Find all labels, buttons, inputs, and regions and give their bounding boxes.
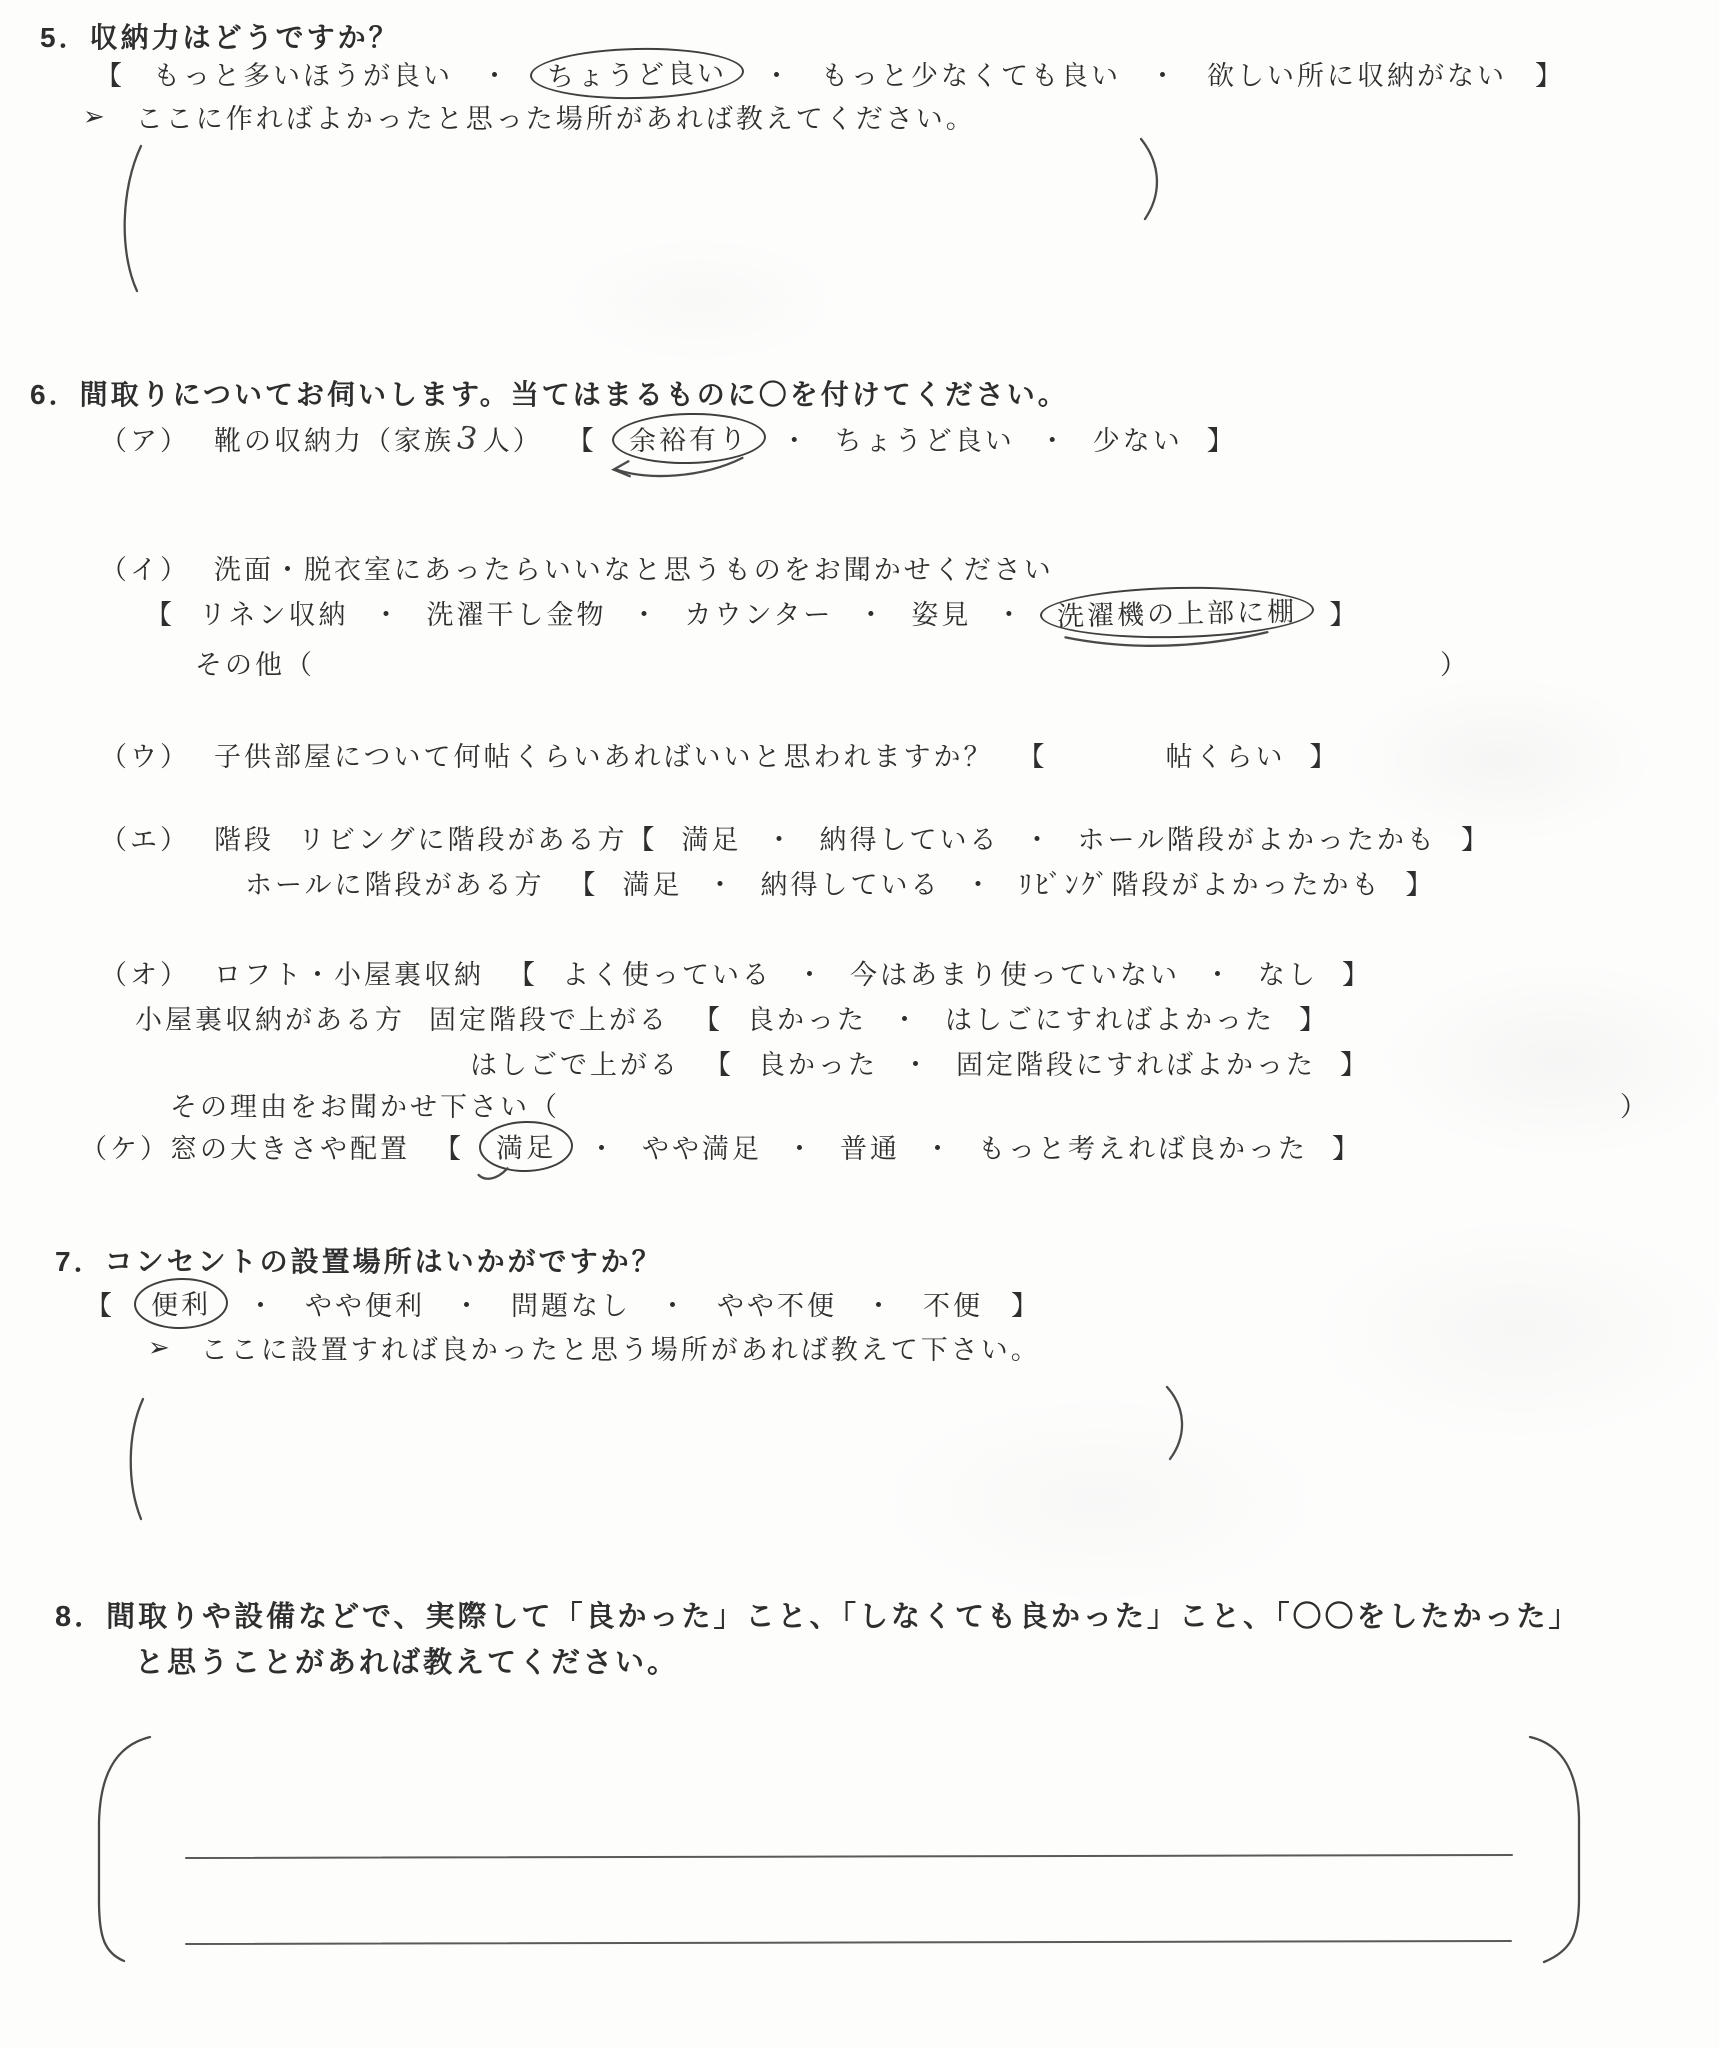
q6-o1-option-none[interactable]: なし	[1258, 953, 1318, 992]
dot-separator: ・	[796, 953, 826, 992]
q6-item-i-question-row: （イ） 洗面・脱衣室にあったらいいなと思うものをお聞かせください	[100, 548, 1054, 587]
q6-a-option-just-right[interactable]: ちょうど良い	[835, 419, 1015, 458]
q6-item-a-lead: 靴の収納力（家族 3 人）	[214, 419, 543, 458]
q6-item-e-row2: ホールに階段がある方 【 満足 ・ 納得している ・ ﾘﾋﾞﾝｸﾞ階段がよかった…	[245, 863, 1435, 902]
dot-separator: ・	[1023, 818, 1053, 857]
q6-a-option-few[interactable]: 少ない	[1093, 419, 1183, 458]
dot-separator: ・	[453, 1284, 483, 1323]
q6-i-option-hanger[interactable]: 洗濯干し金物	[426, 593, 606, 632]
q6-item-o-row3: はしごで上がる 【 良かった ・ 固定階段にすればよかった 】	[470, 1043, 1370, 1082]
q6-i-option-linen[interactable]: リネン収納	[199, 593, 348, 632]
dot-separator: ・	[995, 593, 1025, 632]
bracket-open: 【	[1017, 735, 1047, 774]
bracket-close: 】	[1342, 953, 1372, 992]
q6-title: 6．間取りについてお伺いします。当てはまるものに〇を付けてください。	[30, 373, 1069, 413]
q6-item-i-other: その他 （	[195, 643, 315, 682]
q7-options-row: 【 便利 ・ やや便利 ・ 問題なし ・ やや不便 ・ 不便 】	[85, 1283, 1041, 1324]
q6-ke-option-more-thought[interactable]: もっと考えれば良かった	[978, 1127, 1308, 1166]
q8-answer-box	[85, 1725, 1605, 1985]
q5-circled-option[interactable]: ちょうど良い	[529, 46, 744, 101]
q7-option-inconvenient[interactable]: 不便	[923, 1284, 983, 1323]
q6-u-unit: 帖くらい	[1165, 735, 1285, 774]
dot-separator: ・	[964, 863, 994, 902]
dot-separator: ・	[902, 1043, 932, 1082]
dot-separator: ・	[1149, 54, 1179, 93]
q6-i-circled-option[interactable]: 洗濯機の上部に棚	[1040, 584, 1315, 641]
bracket-open: 【	[568, 863, 598, 902]
q6-a-option-plenty: 余裕有り	[628, 417, 749, 459]
q6-i-option-shelf: 洗濯機の上部に棚	[1057, 589, 1298, 633]
q6-item-o-row2: 小屋裏収納がある方 固定階段で上がる 【 良かった ・ はしごにすればよかった …	[135, 998, 1329, 1037]
dot-separator: ・	[659, 1284, 689, 1323]
q6-ke-option-somewhat[interactable]: やや満足	[642, 1127, 762, 1166]
q6-item-o-reason-row: その理由をお聞かせ下さい （ ）	[170, 1085, 1650, 1124]
q6-o3-option-stairs-better[interactable]: 固定階段にすればよかった	[956, 1043, 1316, 1082]
q6-o-row3-method: はしごで上がる	[470, 1043, 680, 1082]
q6-i-other-label: その他	[195, 643, 285, 682]
q5-answer-area[interactable]	[100, 130, 1190, 300]
joh-count-blank[interactable]	[1071, 740, 1141, 770]
paren-open: （	[285, 643, 315, 682]
q7-answer-parens	[105, 1380, 1215, 1530]
q6-e2-option-satisfied[interactable]: 満足	[622, 863, 682, 902]
q5-options-row: 【 もっと多いほうが良い ・ ちょうど良い ・ もっと少なくても良い ・ 欲しい…	[95, 53, 1565, 94]
q6-ke-circled-option[interactable]: 満足	[478, 1120, 573, 1173]
bracket-close: 】	[1461, 818, 1491, 857]
q7-option-somewhat-inconvenient[interactable]: やや不便	[717, 1284, 837, 1323]
q7-title: 7．コンセントの設置場所はいかがですか？	[55, 1240, 663, 1280]
q6-ke-option-satisfied: 満足	[496, 1125, 557, 1165]
bracket-close: 】	[1299, 998, 1329, 1037]
q7-option-convenient: 便利	[151, 1282, 212, 1322]
bracket-close: 】	[1535, 54, 1565, 93]
bracket-close: 】	[1011, 1284, 1041, 1323]
q6-item-a-row: （ア） 靴の収納力（家族 3 人） 【 余裕有り ・ ちょうど良い ・ 少ない …	[100, 418, 1237, 459]
paren-close: ）	[1440, 643, 1470, 682]
bracket-open: 【	[693, 998, 723, 1037]
q6-item-e-label: （エ）	[100, 818, 190, 857]
q6-item-u-row: （ウ） 子供部屋について何帖くらいあればいいと思われますか？ 【 帖くらい 】	[100, 735, 1339, 774]
dot-separator: ・	[706, 863, 736, 902]
dot-separator: ・	[765, 818, 795, 857]
q5-option-just-right: ちょうど良い	[547, 51, 728, 94]
q8-answer-area[interactable]	[85, 1725, 1605, 1985]
q6-item-a-label: （ア）	[100, 419, 190, 458]
q6-item-o-topic: ロフト・小屋裏収納	[214, 953, 484, 992]
q6-item-o-label: （オ）	[100, 953, 190, 992]
bracket-close: 】	[1309, 735, 1339, 774]
bracket-open: 【	[704, 1043, 734, 1082]
q6-i-option-mirror[interactable]: 姿見	[911, 593, 971, 632]
bracket-open: 【	[145, 593, 175, 632]
q6-item-ke-row: （ケ） 窓の大きさや配置 【 満足 ・ やや満足 ・ 普通 ・ もっと考えれば良…	[80, 1126, 1362, 1167]
q6-e1-option-satisfied[interactable]: 満足	[681, 818, 741, 857]
q6-item-ke-lead: （ケ） 窓の大きさや配置	[80, 1127, 410, 1166]
dot-separator: ・	[786, 1127, 816, 1166]
q6-item-i-question: 洗面・脱衣室にあったらいいなと思うものをお聞かせください	[214, 548, 1054, 587]
dot-separator: ・	[1204, 953, 1234, 992]
q6-e1-option-hall-better[interactable]: ホール階段がよかったかも	[1077, 818, 1436, 857]
q6-e-row1-lead-group: リビングに階段がある方 【	[298, 818, 657, 857]
q6-o-reason-label: その理由をお聞かせ下さい	[170, 1085, 530, 1124]
q5-answer-parens	[100, 130, 1190, 300]
q6-o-row2-lead: 小屋裏収納がある方	[135, 998, 405, 1037]
family-count-handwritten: 3	[453, 419, 484, 458]
bracket-close: 】	[1405, 863, 1435, 902]
dot-separator: ・	[891, 998, 921, 1037]
q6-o2-option-good[interactable]: 良かった	[747, 998, 867, 1037]
q6-o3-option-good[interactable]: 良かった	[758, 1043, 878, 1082]
dot-separator: ・	[865, 1284, 895, 1323]
q6-e1-option-accepting[interactable]: 納得している	[819, 818, 999, 857]
dot-separator: ・	[924, 1127, 954, 1166]
q6-o2-option-ladder-better[interactable]: はしごにすればよかった	[945, 998, 1275, 1037]
q7-circled-option[interactable]: 便利	[133, 1277, 228, 1330]
paren-open: （	[530, 1085, 560, 1124]
arrow-icon: ➢	[148, 1332, 173, 1363]
bracket-open: 【	[567, 419, 597, 458]
q6-e-row1-lead: リビングに階段がある方	[298, 818, 627, 857]
q6-item-o-row1: （オ） ロフト・小屋裏収納 【 よく使っている ・ 今はあまり使っていない ・ …	[100, 953, 1372, 992]
q7-prompt: ここに設置すれば良かったと思う場所があれば教えて下さい。	[201, 1328, 1041, 1367]
bracket-open: 【	[508, 953, 538, 992]
q6-e2-option-accepting[interactable]: 納得している	[760, 863, 940, 902]
q6-item-e-topic: 階段	[214, 818, 274, 857]
dot-separator: ・	[1039, 419, 1069, 458]
bracket-open: 【	[627, 818, 657, 857]
q7-prompt-row: ➢ ここに設置すれば良かったと思う場所があれば教えて下さい。	[148, 1328, 1041, 1367]
q6-e2-option-living-better[interactable]: ﾘﾋﾞﾝｸﾞ階段がよかったかも	[1018, 863, 1381, 902]
questionnaire-page: 5．収納力はどうですか？ 【 もっと多いほうが良い ・ ちょうど良い ・ もっと…	[0, 0, 1719, 2048]
q6-ke-option-normal[interactable]: 普通	[840, 1127, 900, 1166]
q6-item-u-label: （ウ）	[100, 735, 190, 774]
q8-title-line2: と思うことがあれば教えてください。	[135, 1640, 679, 1681]
q6-i-option-counter[interactable]: カウンター	[684, 593, 833, 632]
arrow-icon: ➢	[83, 101, 108, 132]
q6-item-a-lead-text: 靴の収納力（家族	[214, 419, 454, 458]
dot-separator: ・	[481, 54, 511, 93]
q6-item-e-row1: （エ） 階段 リビングに階段がある方 【 満足 ・ 納得している ・ ホール階段…	[100, 818, 1491, 857]
q6-a-circled-option[interactable]: 余裕有り	[611, 411, 766, 465]
dot-separator: ・	[763, 54, 793, 93]
dot-separator: ・	[247, 1284, 277, 1323]
q6-item-i-options-row: 【 リネン収納 ・ 洗濯干し金物 ・ カウンター ・ 姿見 ・ 洗濯機の上部に棚…	[145, 592, 1359, 633]
q8-title-line1: 8．間取りや設備などで、実際して「良かった」こと、「しなくても良かった」こと、「…	[55, 1594, 1581, 1635]
q5-option-less[interactable]: もっと少なくても良い	[821, 54, 1121, 93]
q6-item-i-label: （イ）	[100, 548, 190, 587]
circle-tail-arrow	[602, 455, 753, 488]
dot-separator: ・	[781, 419, 811, 458]
bracket-close: 】	[1207, 419, 1237, 458]
bracket-close: 】	[1332, 1127, 1362, 1166]
q6-item-a-lead-close: 人）	[483, 419, 543, 458]
circle-tail-squiggle	[475, 1166, 515, 1185]
paren-close: ）	[1620, 1085, 1650, 1124]
q5-title: 5．収納力はどうですか？	[40, 16, 400, 56]
q7-answer-area[interactable]	[105, 1380, 1215, 1530]
q6-o-row2-method: 固定階段で上がる	[429, 998, 669, 1037]
q6-item-ke-label: （ケ）	[80, 1127, 170, 1166]
q6-item-i-other-row: その他 （ ）	[195, 643, 1470, 682]
dot-separator: ・	[372, 593, 402, 632]
dot-separator: ・	[588, 1127, 618, 1166]
bracket-open: 【	[434, 1127, 464, 1166]
q6-item-u-question: 子供部屋について何帖くらいあればいいと思われますか？	[214, 735, 993, 774]
q6-o1-option-often-used[interactable]: よく使っている	[562, 953, 772, 992]
q6-o1-option-rarely-used[interactable]: 今はあまり使っていない	[850, 953, 1180, 992]
q5-option-missing-place[interactable]: 欲しい所に収納がない	[1207, 54, 1507, 93]
q5-option-more[interactable]: もっと多いほうが良い	[153, 54, 453, 93]
bracket-open: 【	[95, 54, 125, 93]
q6-o-reason: その理由をお聞かせ下さい （	[170, 1085, 560, 1124]
bracket-close: 】	[1329, 593, 1359, 632]
q6-e-row2-lead: ホールに階段がある方	[245, 863, 544, 902]
q7-option-no-problem[interactable]: 問題なし	[511, 1284, 631, 1323]
dot-separator: ・	[630, 593, 660, 632]
dot-separator: ・	[857, 593, 887, 632]
q6-item-ke-topic: 窓の大きさや配置	[170, 1127, 410, 1166]
bracket-close: 】	[1340, 1043, 1370, 1082]
bracket-open: 【	[85, 1284, 115, 1323]
q7-option-somewhat-convenient[interactable]: やや便利	[305, 1284, 425, 1323]
